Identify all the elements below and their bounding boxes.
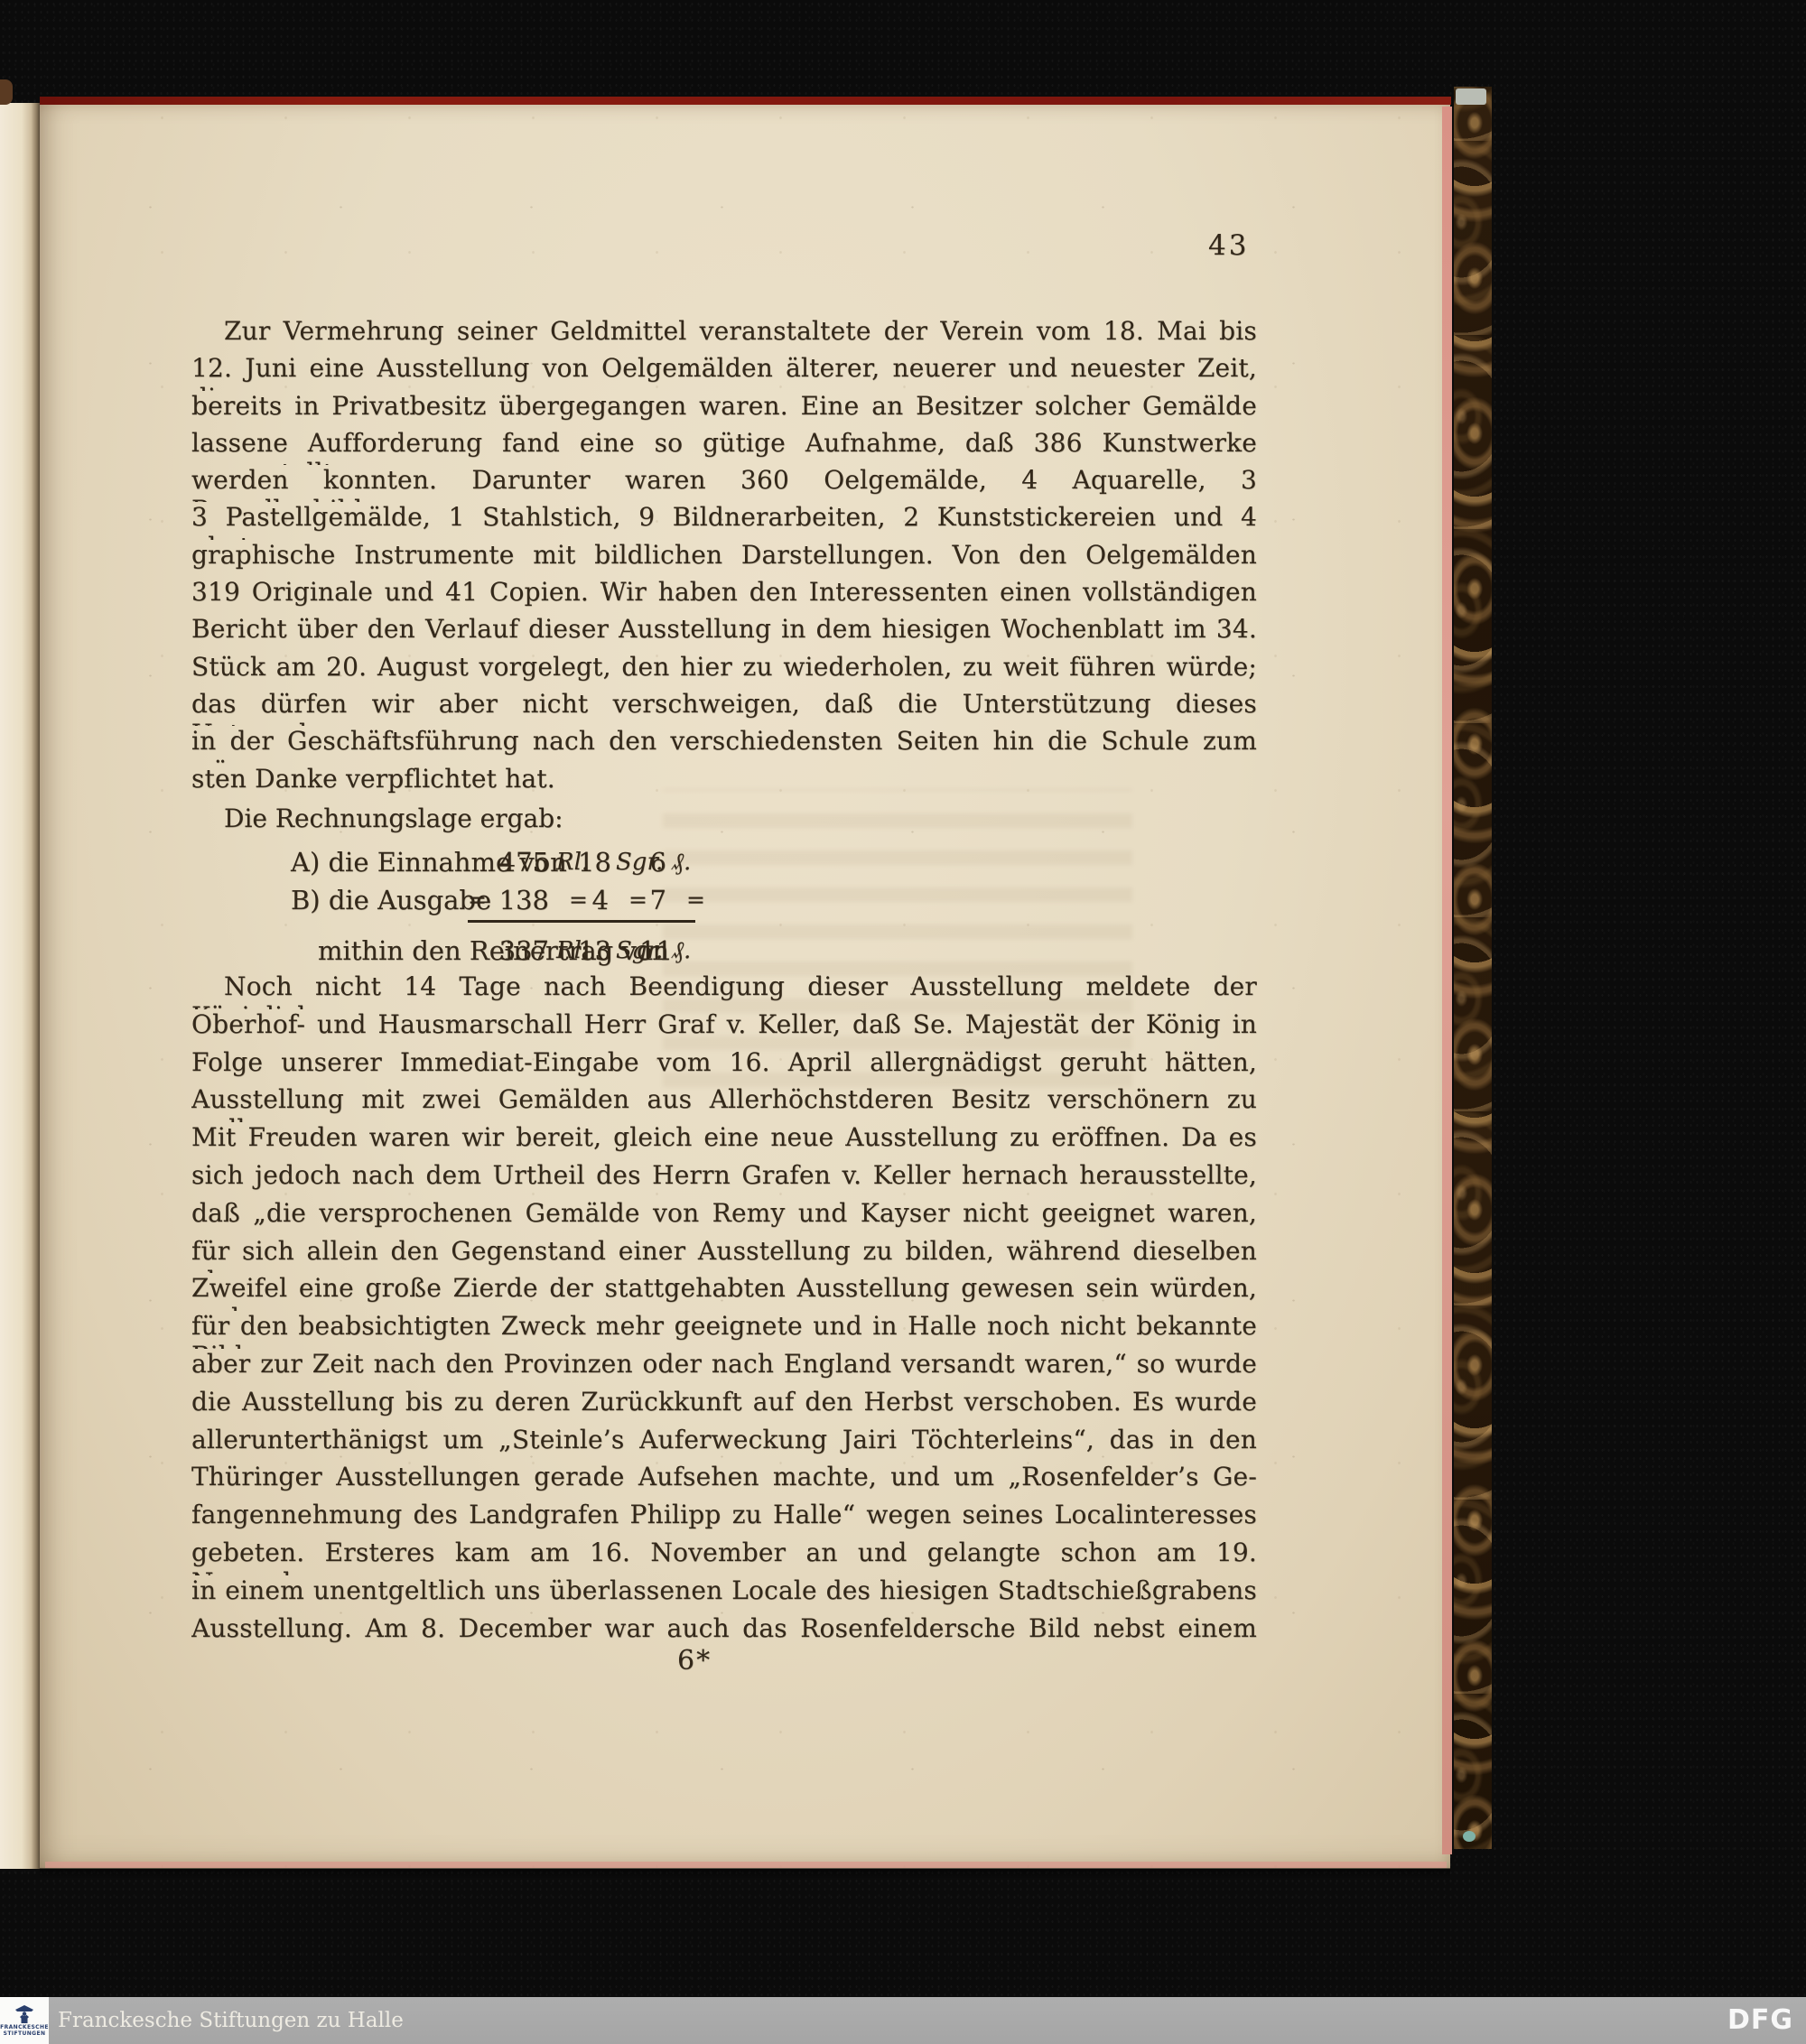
binding-head-cap [1456,88,1486,105]
text-line: in einem unentgeltlich uns überlassenen … [191,1575,1257,1613]
accounting-value: 18 [578,847,609,878]
text-line: lassene Aufforderung fand eine so gütige… [191,428,1257,465]
accounting-value: 138 [486,885,549,915]
viewer-bottom-bar: FRANCKESCHE STIFTUNGEN Franckesche Stift… [0,1997,1806,2044]
text-line: sich jedoch nach dem Urtheil des Herrn G… [191,1160,1257,1198]
text-line: Noch nicht 14 Tage nach Beendigung diese… [191,971,1257,1009]
text-line: sten Danke verpflichtet hat. [191,764,1257,801]
accounting-intro-line: Die Rechnungslage ergab: [224,804,563,833]
accounting-value: 7 [639,885,666,915]
institution-name: Franckesche Stiftungen zu Halle [58,1997,404,2044]
book-page: 43 Zur Vermehrung seiner Geldmittel vera… [40,103,1450,1869]
text-line: aber zur Zeit nach den Provinzen oder na… [191,1349,1257,1387]
text-line: Bericht über den Verlauf dieser Ausstell… [191,614,1257,651]
text-line: fangennehmung des Landgrafen Philipp zu … [191,1500,1257,1538]
ditto-mark: = [686,887,705,913]
binding-speck [0,79,13,105]
text-line: daß „die versprochenen Gemälde von Remy … [191,1198,1257,1236]
text-line: Ausstellung mit zwei Gemälden aus Allerh… [191,1084,1257,1122]
text-line: Zweifel eine große Zierde der stattgehab… [191,1273,1257,1311]
text-line: Thüringer Ausstellungen gerade Aufsehen … [191,1462,1257,1500]
institution-logo[interactable]: FRANCKESCHE STIFTUNGEN [0,1997,49,2044]
text-line: 319 Originale und 41 Copien. Wir haben d… [191,577,1257,614]
text-line: gebeten. Ersteres kam am 16. November an… [191,1538,1257,1575]
accounting-value: 4 [578,885,609,915]
marble-speck [1463,1831,1476,1842]
institution-logo-text-line2: STIFTUNGEN [4,2031,46,2038]
text-line: in der Geschäftsführung nach den verschi… [191,726,1257,763]
paragraph-1: Zur Vermehrung seiner Geldmittel veranst… [191,316,1257,801]
page-top-edge-red [40,97,1451,105]
book-cover-marble-edge [1454,87,1492,1849]
page-gutter-edge [0,103,40,1869]
text-line: 12. Juni eine Ausstellung von Oelgemälde… [191,353,1257,390]
text-line: die Ausstellung bis zu deren Zurückkunft… [191,1387,1257,1425]
accounting-sum-rule [468,920,695,923]
signature-mark: 6* [677,1645,712,1677]
currency-unit: ₰. [672,849,691,876]
accounting-value: 11 [639,935,666,966]
ditto-mark: = [468,887,487,913]
page-shadow [40,1868,1450,1879]
text-line: allerunterthänigst um „Steinle’s Auferwe… [191,1425,1257,1463]
page-fore-edge-bottom [45,1862,1447,1868]
text-line: 3 Pastellgemälde, 1 Stahlstich, 9 Bildne… [191,502,1257,539]
text-line: Folge unserer Immediat-Eingabe vom 16. A… [191,1047,1257,1085]
accounting-value: 475 [486,847,549,878]
accounting-label: B) die Ausgabe [291,885,491,915]
scan-background: { "page_number": "43", "paragraph1_lines… [0,0,1806,2044]
text-line: werden konnten. Darunter waren 360 Oelge… [191,465,1257,502]
text-line: für den beabsichtigten Zweck mehr geeign… [191,1311,1257,1349]
text-line: Ausstellung. Am 8. December war auch das… [191,1613,1257,1651]
text-line: Stück am 20. August vorgelegt, den hier … [191,652,1257,689]
text-line: graphische Instrumente mit bildlichen Da… [191,540,1257,577]
text-line: bereits in Privatbesitz übergegangen war… [191,391,1257,428]
text-line: Zur Vermehrung seiner Geldmittel veranst… [191,316,1257,353]
text-line: das dürfen wir aber nicht verschweigen, … [191,689,1257,726]
accounting-value: 337 [486,935,549,966]
franckesche-stiftungen-icon [13,2004,36,2024]
dfg-logo[interactable]: DFG [1727,1997,1793,2044]
page-number: 43 [1208,229,1249,262]
text-line: für sich allein den Gegenstand einer Aus… [191,1236,1257,1274]
page-fore-edge-right [1442,107,1452,1854]
text-line: Oberhof- und Hausmarschall Herr Graf v. … [191,1009,1257,1047]
text-line: Mit Freuden waren wir bereit, gleich ein… [191,1122,1257,1160]
currency-unit: ₰. [672,937,691,964]
accounting-value: 13 [578,935,609,966]
paragraph-2: Noch nicht 14 Tage nach Beendigung diese… [191,971,1257,1650]
accounting-value: 6 [639,847,666,878]
